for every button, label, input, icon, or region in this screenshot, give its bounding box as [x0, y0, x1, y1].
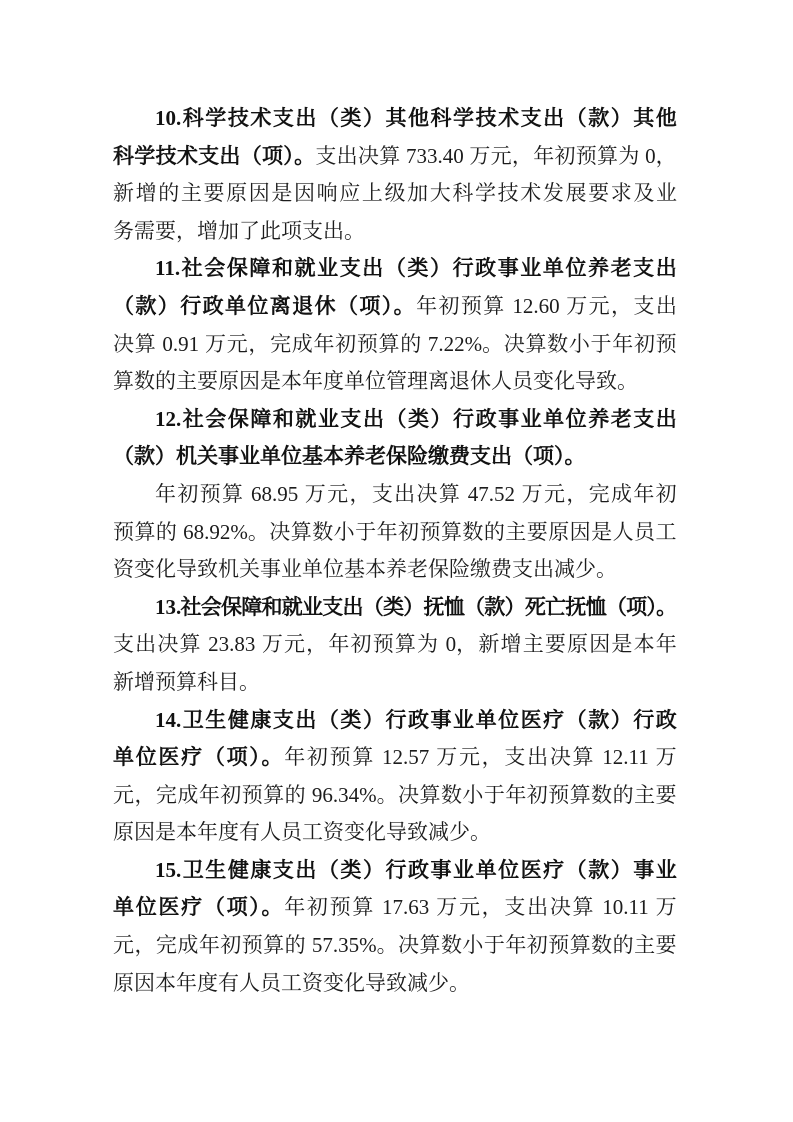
text-line-content: 年初预算 68.95 万元，支出决算 47.52 万元，完成年初 [155, 482, 678, 506]
text-line: 新增预算科目。 [113, 664, 677, 702]
text-line: 单位医疗（项）。年初预算 17.63 万元，支出决算 10.11 万 [113, 889, 677, 927]
text-line-content: 11.社会保障和就业支出（类）行政事业单位养老支出 [155, 256, 678, 280]
body-text: 年初预算 68.95 万元，支出决算 47.52 万元，完成年初 [155, 482, 678, 506]
text-line: （款）机关事业单位基本养老保险缴费支出（项）。 [113, 438, 677, 476]
text-line: 单位医疗（项）。年初预算 12.57 万元，支出决算 12.11 万 [113, 739, 677, 777]
heading-text: 单位医疗（项）。 [113, 745, 284, 769]
heading-text: 单位医疗（项）。 [113, 895, 284, 919]
text-line: 12.社会保障和就业支出（类）行政事业单位养老支出 [113, 401, 677, 439]
text-line-content: 单位医疗（项）。年初预算 17.63 万元，支出决算 10.11 万 [113, 895, 678, 919]
body-text: 算数的主要原因是本年度单位管理离退休人员变化导致。 [113, 369, 638, 393]
numeric-value: 7.22% [428, 332, 482, 356]
body-text: 务需要，增加了此项支出。 [113, 219, 365, 243]
page: 10.科学技术支出（类）其他科学技术支出（款）其他科学技术支出（项）。支出决算 … [0, 0, 793, 1122]
text-line-content: 12.社会保障和就业支出（类）行政事业单位养老支出 [155, 407, 678, 431]
numeric-value: 68.92% [183, 520, 248, 544]
text-line-content: 支出决算 23.83 万元，年初预算为 0，新增主要原因是本年 [113, 632, 678, 656]
text-line: 支出决算 23.83 万元，年初预算为 0，新增主要原因是本年 [113, 626, 677, 664]
heading-text: 14.卫生健康支出（类）行政事业单位医疗（款）行政 [155, 708, 678, 732]
paragraph-15: 15.卫生健康支出（类）行政事业单位医疗（款）事业单位医疗（项）。年初预算 17… [113, 852, 677, 1002]
body-text: 年初预算 12.57 万元，支出决算 12.11 万 [284, 745, 678, 769]
body-text: 资变化导致机关事业单位基本养老保险缴费支出减少。 [113, 557, 617, 581]
body-text: 原因是本年度有人员工资变化导致减少。 [113, 820, 491, 844]
text-line: 务需要，增加了此项支出。 [113, 213, 677, 251]
text-line-content: 元，完成年初预算的 96.34%。决算数小于年初预算数的主要 [113, 783, 677, 807]
heading-text: 11.社会保障和就业支出（类）行政事业单位养老支出 [155, 256, 678, 280]
text-line: 11.社会保障和就业支出（类）行政事业单位养老支出 [113, 250, 677, 288]
text-line: 原因本年度有人员工资变化导致减少。 [113, 965, 677, 1003]
body-text: 新增预算科目。 [113, 670, 260, 694]
paragraph-14: 14.卫生健康支出（类）行政事业单位医疗（款）行政单位医疗（项）。年初预算 12… [113, 702, 677, 852]
numeric-value: 12.57 [382, 745, 429, 769]
numeric-value: 0 [446, 632, 457, 656]
text-line: 10.科学技术支出（类）其他科学技术支出（款）其他 [113, 100, 677, 138]
numeric-value: 13 [155, 595, 176, 619]
text-line-content: 资变化导致机关事业单位基本养老保险缴费支出减少。 [113, 557, 617, 581]
numeric-value: 11 [155, 256, 175, 280]
body-text: 原因本年度有人员工资变化导致减少。 [113, 971, 470, 995]
numeric-value: 0 [645, 144, 656, 168]
numeric-value: 17.63 [382, 895, 429, 919]
heading-text: 12.社会保障和就业支出（类）行政事业单位养老支出 [155, 407, 678, 431]
numeric-value: 12.60 [512, 294, 559, 318]
heading-text: 13.社会保障和就业支出（类）抚恤（款）死亡抚恤（项）。 [155, 595, 676, 619]
body-text: 决算 0.91 万元，完成年初预算的 7.22%。决算数小于年初预 [113, 332, 677, 356]
numeric-value: 10.11 [602, 895, 648, 919]
text-line-content: 原因是本年度有人员工资变化导致减少。 [113, 820, 491, 844]
text-line: （款）行政单位离退休（项）。年初预算 12.60 万元，支出 [113, 288, 677, 326]
numeric-value: 68.95 [251, 482, 298, 506]
text-line-content: （款）机关事业单位基本养老保险缴费支出（项）。 [113, 444, 586, 468]
text-line-content: 新增的主要原因是因响应上级加大科学技术发展要求及业 [113, 181, 679, 205]
heading-text: 科学技术支出（项）。 [113, 144, 315, 168]
body-text: 新增的主要原因是因响应上级加大科学技术发展要求及业 [113, 181, 679, 205]
document-body: 10.科学技术支出（类）其他科学技术支出（款）其他科学技术支出（项）。支出决算 … [113, 100, 677, 1002]
numeric-value: 23.83 [208, 632, 255, 656]
numeric-value: 96.34% [312, 783, 377, 807]
text-line-content: 14.卫生健康支出（类）行政事业单位医疗（款）行政 [155, 708, 678, 732]
paragraph-10: 10.科学技术支出（类）其他科学技术支出（款）其他科学技术支出（项）。支出决算 … [113, 100, 677, 250]
text-line-content: 决算 0.91 万元，完成年初预算的 7.22%。决算数小于年初预 [113, 332, 677, 356]
text-line: 14.卫生健康支出（类）行政事业单位医疗（款）行政 [113, 702, 677, 740]
numeric-value: 12 [155, 407, 176, 431]
text-line-content: 元，完成年初预算的 57.35%。决算数小于年初预算数的主要 [113, 933, 677, 957]
text-line-content: 预算的 68.92%。决算数小于年初预算数的主要原因是人员工 [113, 520, 677, 544]
text-line: 资变化导致机关事业单位基本养老保险缴费支出减少。 [113, 551, 677, 589]
text-line: 13.社会保障和就业支出（类）抚恤（款）死亡抚恤（项）。 [113, 589, 677, 627]
body-text: 年初预算 12.60 万元，支出 [416, 294, 678, 318]
paragraph-13: 13.社会保障和就业支出（类）抚恤（款）死亡抚恤（项）。支出决算 23.83 万… [113, 589, 677, 702]
text-line-content: 务需要，增加了此项支出。 [113, 219, 365, 243]
numeric-value: 733.40 [406, 144, 464, 168]
text-line: 15.卫生健康支出（类）行政事业单位医疗（款）事业 [113, 852, 677, 890]
paragraph-12-heading: 12.社会保障和就业支出（类）行政事业单位养老支出（款）机关事业单位基本养老保险… [113, 401, 677, 476]
body-text: 支出决算 733.40 万元，年初预算为 0， [315, 144, 677, 168]
text-line: 年初预算 68.95 万元，支出决算 47.52 万元，完成年初 [113, 476, 677, 514]
numeric-value: 15 [155, 858, 176, 882]
numeric-value: 0.91 [162, 332, 199, 356]
numeric-value: 12.11 [602, 745, 648, 769]
text-line: 算数的主要原因是本年度单位管理离退休人员变化导致。 [113, 363, 677, 401]
text-line-content: （款）行政单位离退休（项）。年初预算 12.60 万元，支出 [113, 294, 678, 318]
numeric-value: 47.52 [468, 482, 515, 506]
text-line: 元，完成年初预算的 57.35%。决算数小于年初预算数的主要 [113, 927, 677, 965]
text-line-content: 原因本年度有人员工资变化导致减少。 [113, 971, 470, 995]
text-line-content: 13.社会保障和就业支出（类）抚恤（款）死亡抚恤（项）。 [155, 595, 676, 619]
text-line-content: 单位医疗（项）。年初预算 12.57 万元，支出决算 12.11 万 [113, 745, 678, 769]
body-text: 支出决算 23.83 万元，年初预算为 0，新增主要原因是本年 [113, 632, 678, 656]
text-line: 原因是本年度有人员工资变化导致减少。 [113, 814, 677, 852]
numeric-value: 10 [155, 106, 176, 130]
text-line: 元，完成年初预算的 96.34%。决算数小于年初预算数的主要 [113, 777, 677, 815]
text-line-content: 10.科学技术支出（类）其他科学技术支出（款）其他 [155, 106, 678, 130]
body-text: 元，完成年初预算的 57.35%。决算数小于年初预算数的主要 [113, 933, 677, 957]
heading-text: （款）机关事业单位基本养老保险缴费支出（项）。 [113, 444, 586, 468]
text-line: 预算的 68.92%。决算数小于年初预算数的主要原因是人员工 [113, 514, 677, 552]
numeric-value: 14 [155, 708, 176, 732]
paragraph-11: 11.社会保障和就业支出（类）行政事业单位养老支出（款）行政单位离退休（项）。年… [113, 250, 677, 400]
paragraph-12-body: 年初预算 68.95 万元，支出决算 47.52 万元，完成年初预算的 68.9… [113, 476, 677, 589]
text-line-content: 算数的主要原因是本年度单位管理离退休人员变化导致。 [113, 369, 638, 393]
text-line-content: 新增预算科目。 [113, 670, 260, 694]
heading-text: （款）行政单位离退休（项）。 [113, 294, 416, 318]
numeric-value: 57.35% [312, 933, 377, 957]
heading-text: 10.科学技术支出（类）其他科学技术支出（款）其他 [155, 106, 678, 130]
text-line-content: 科学技术支出（项）。支出决算 733.40 万元，年初预算为 0， [113, 144, 677, 168]
body-text: 元，完成年初预算的 96.34%。决算数小于年初预算数的主要 [113, 783, 677, 807]
body-text: 预算的 68.92%。决算数小于年初预算数的主要原因是人员工 [113, 520, 677, 544]
text-line: 决算 0.91 万元，完成年初预算的 7.22%。决算数小于年初预 [113, 326, 677, 364]
body-text: 年初预算 17.63 万元，支出决算 10.11 万 [284, 895, 678, 919]
heading-text: 15.卫生健康支出（类）行政事业单位医疗（款）事业 [155, 858, 678, 882]
text-line: 新增的主要原因是因响应上级加大科学技术发展要求及业 [113, 175, 677, 213]
text-line-content: 15.卫生健康支出（类）行政事业单位医疗（款）事业 [155, 858, 678, 882]
text-line: 科学技术支出（项）。支出决算 733.40 万元，年初预算为 0， [113, 138, 677, 176]
